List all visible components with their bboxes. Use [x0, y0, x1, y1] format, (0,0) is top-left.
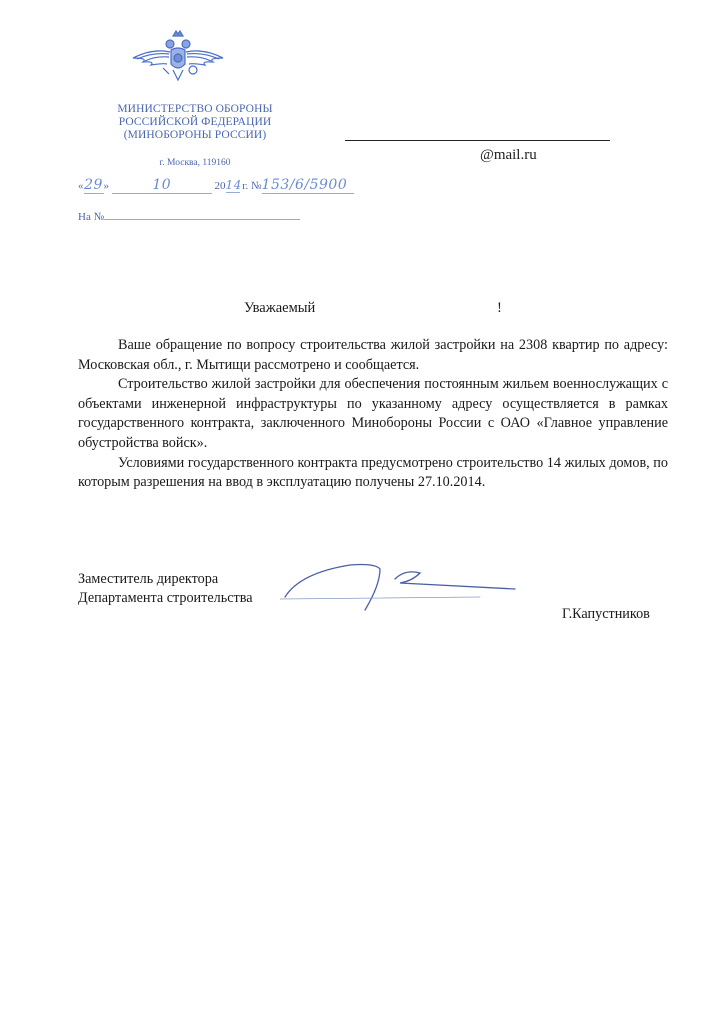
number-label: г. № [242, 180, 261, 192]
paragraph: Условиями государственного контракта пре… [78, 454, 668, 493]
reference-line: На № [78, 207, 300, 223]
date-year-suffix: 14 [226, 178, 240, 193]
org-line: (МИНОБОРОНЫ РОССИИ) [100, 129, 290, 142]
date-number-line: «29» 10 2014 г. №153/6/5900 [78, 177, 354, 194]
handwritten-signature-icon [280, 555, 520, 615]
signatory-title-line: Департамента строительства [78, 589, 253, 608]
letterhead [60, 28, 320, 88]
reference-label: На № [78, 211, 104, 223]
city-address: г. Москва, 119160 [100, 158, 290, 168]
greeting: Уважаемый [244, 300, 315, 317]
recipient-email: @mail.ru [480, 147, 537, 164]
paragraph: Строительство жилой застройки для обеспе… [78, 375, 668, 453]
org-line: РОССИЙСКОЙ ФЕДЕРАЦИИ [100, 116, 290, 129]
document-number: 153/6/5900 [262, 177, 354, 194]
recipient-block: @mail.ru [345, 140, 610, 141]
organization-name: МИНИСТЕРСТВО ОБОРОНЫ РОССИЙСКОЙ ФЕДЕРАЦИ… [100, 103, 290, 142]
signatory-title-line: Заместитель директора [78, 570, 253, 589]
letter-body: Ваше обращение по вопросу строительства … [78, 336, 668, 493]
signatory-name: Г.Капустников [562, 606, 650, 623]
paragraph: Ваше обращение по вопросу строительства … [78, 336, 668, 375]
date-close-quote: » [104, 180, 110, 192]
org-line: МИНИСТЕРСТВО ОБОРОНЫ [100, 103, 290, 116]
signatory-title: Заместитель директора Департамента строи… [78, 570, 253, 608]
greeting-end: ! [497, 300, 502, 317]
date-year-prefix: 20 [215, 180, 226, 192]
date-month: 10 [112, 177, 212, 194]
date-day: 29 [84, 177, 104, 194]
recipient-name-line [345, 140, 610, 141]
reference-blank [104, 207, 300, 220]
double-headed-eagle-emblem-icon [123, 28, 233, 88]
